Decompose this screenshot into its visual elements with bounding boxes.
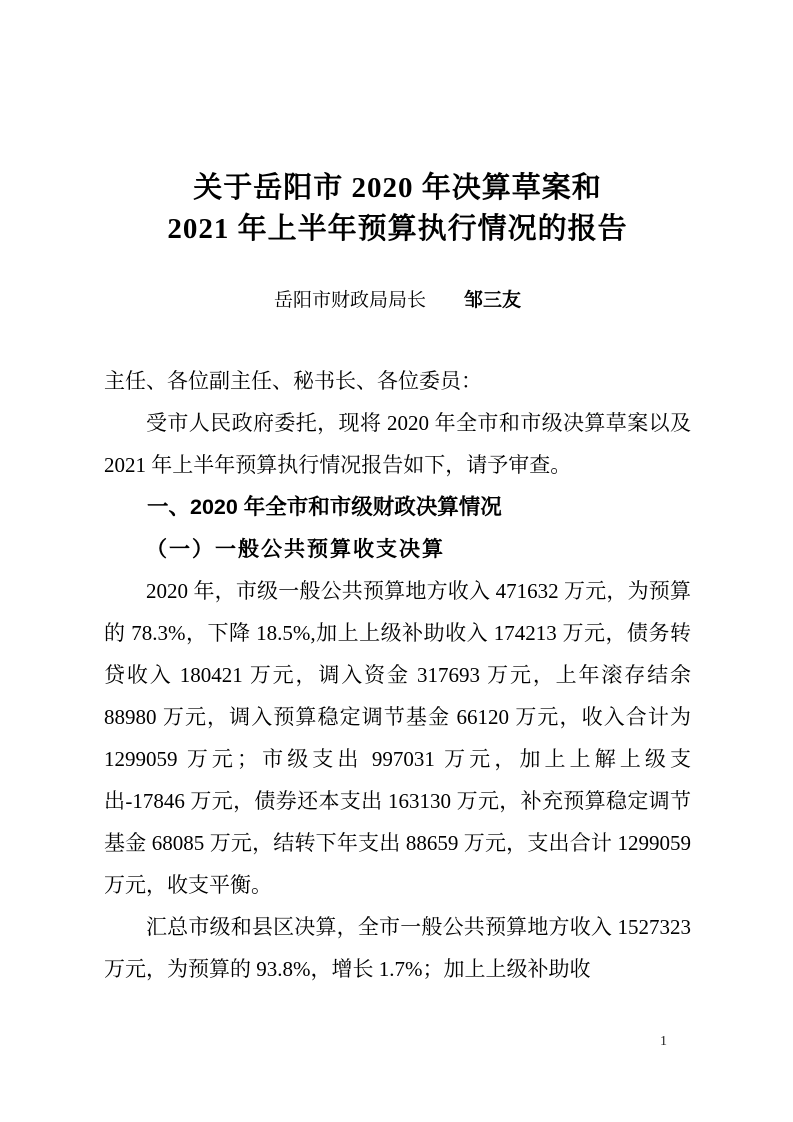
body-paragraph-2: 汇总市级和县区决算，全市一般公共预算地方收入 1527323 万元，为预算的 9… <box>104 906 691 990</box>
section-heading: 一、2020 年全市和市级财政决算情况 <box>104 486 691 528</box>
document-title: 关于岳阳市 2020 年决算草案和 2021 年上半年预算执行情况的报告 <box>104 168 691 250</box>
byline: 岳阳市财政局局长邹三友 <box>104 288 691 314</box>
page-number: 1 <box>660 1032 667 1052</box>
document-page: 关于岳阳市 2020 年决算草案和 2021 年上半年预算执行情况的报告 岳阳市… <box>0 0 793 1122</box>
document-title-line2: 2021 年上半年预算执行情况的报告 <box>104 209 691 250</box>
body-paragraph-1: 2020 年，市级一般公共预算地方收入 471632 万元，为预算的 78.3%… <box>104 570 691 906</box>
salutation-line: 主任、各位副主任、秘书长、各位委员： <box>104 360 691 402</box>
document-body: 主任、各位副主任、秘书长、各位委员： 受市人民政府委托，现将 2020 年全市和… <box>104 360 691 990</box>
section-subheading: （一）一般公共预算收支决算 <box>104 528 691 570</box>
byline-name: 邹三友 <box>464 290 521 311</box>
document-title-line1: 关于岳阳市 2020 年决算草案和 <box>104 168 691 209</box>
byline-role: 岳阳市财政局局长 <box>274 290 426 311</box>
intro-paragraph: 受市人民政府委托，现将 2020 年全市和市级决算草案以及 2021 年上半年预… <box>104 402 691 486</box>
document-content: 关于岳阳市 2020 年决算草案和 2021 年上半年预算执行情况的报告 岳阳市… <box>0 168 793 990</box>
